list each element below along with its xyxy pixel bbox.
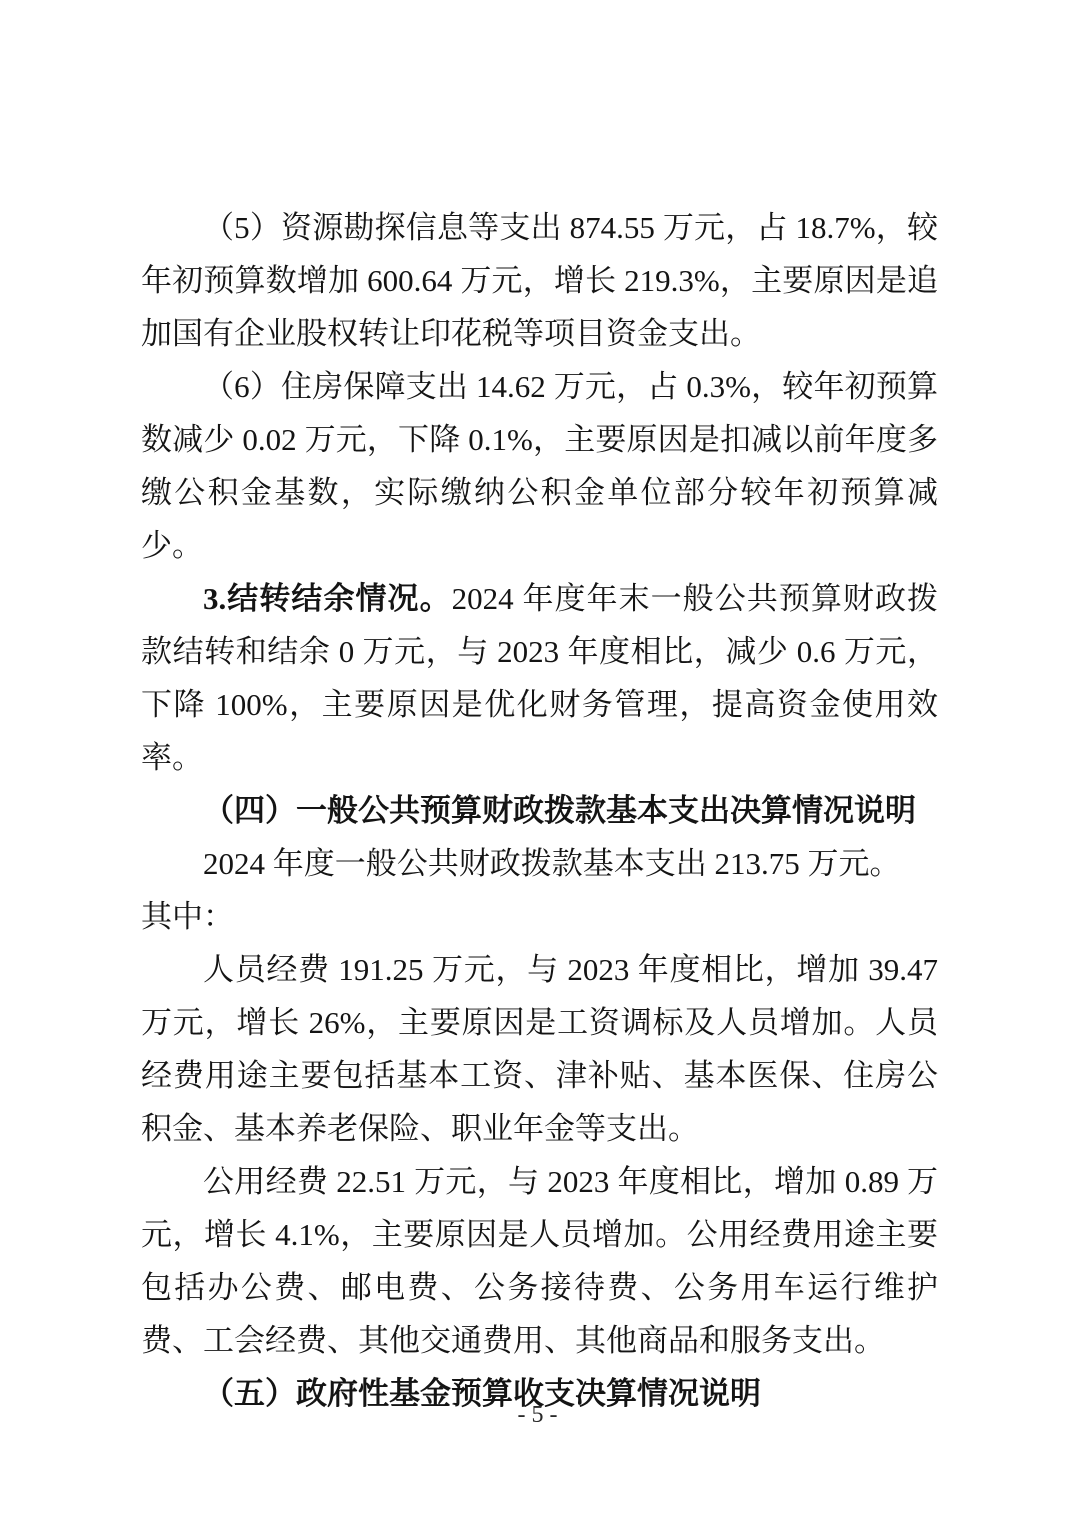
paragraph-basic-expenditure-total: 2024 年度一般公共财政拨款基本支出 213.75 万元。 (141, 837, 938, 890)
section-heading-4: （四）一般公共预算财政拨款基本支出决算情况说明 (141, 784, 938, 837)
paragraph-public-funds: 公用经费 22.51 万元，与 2023 年度相比，增加 0.89 万元，增长 … (141, 1155, 938, 1367)
paragraph-including-label: 其中： (141, 890, 938, 943)
page-number: - 5 - (0, 1400, 1075, 1430)
paragraph-personnel-funds: 人员经费 191.25 万元，与 2023 年度相比，增加 39.47 万元，增… (141, 943, 938, 1155)
paragraph-item-6-housing-security: （6）住房保障支出 14.62 万元，占 0.3%，较年初预算数减少 0.02 … (141, 360, 938, 572)
paragraph-carryover-balance: 3.结转结余情况。2024 年度年末一般公共预算财政拨款结转和结余 0 万元，与… (141, 572, 938, 784)
document-page: （5）资源勘探信息等支出 874.55 万元，占 18.7%，较年初预算数增加 … (0, 0, 1075, 1520)
document-content: （5）资源勘探信息等支出 874.55 万元，占 18.7%，较年初预算数增加 … (141, 201, 938, 1420)
carryover-balance-lead: 3.结转结余情况。 (203, 581, 452, 616)
paragraph-item-5-resource-exploration: （5）资源勘探信息等支出 874.55 万元，占 18.7%，较年初预算数增加 … (141, 201, 938, 360)
